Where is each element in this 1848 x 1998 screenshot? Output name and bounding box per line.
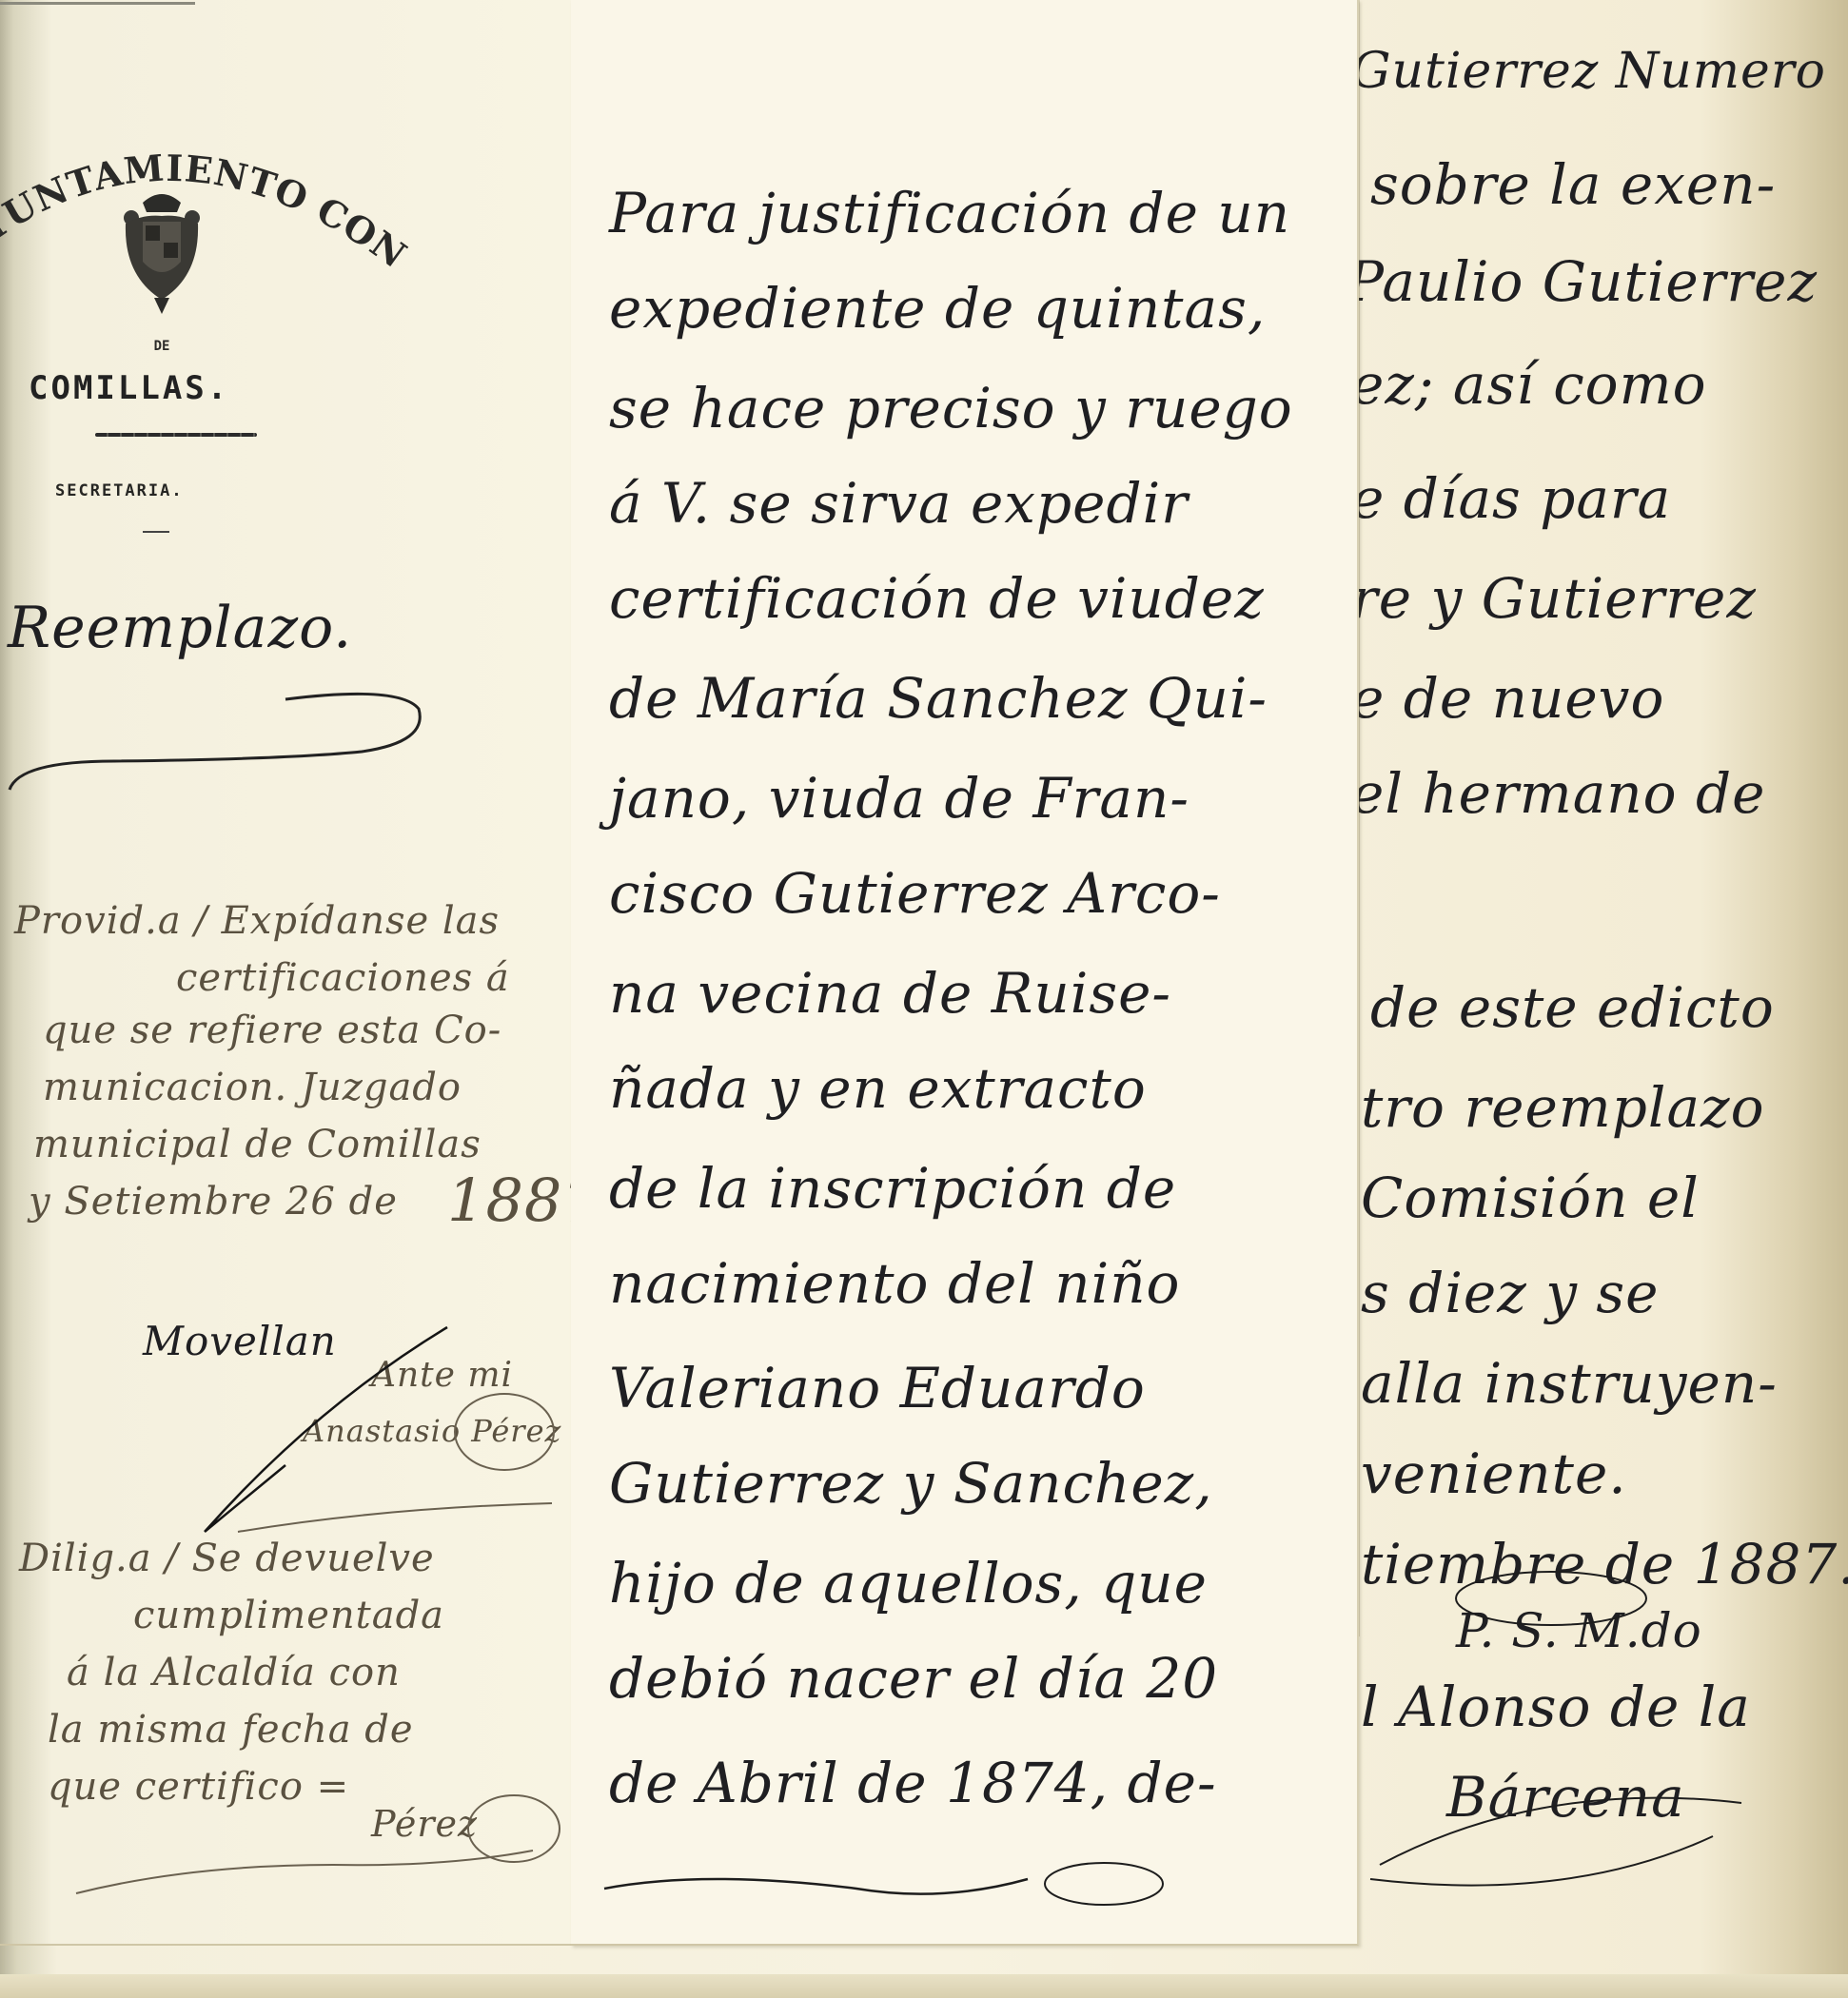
letter-line: nacimiento del niño: [609, 1251, 1180, 1316]
signature-barcena: Bárcena: [1446, 1765, 1685, 1830]
letter-line: hijo de aquellos, que: [609, 1551, 1208, 1616]
provision-line: y Setiembre 26 de: [29, 1180, 398, 1224]
underlying-line: ez; así como: [1351, 352, 1707, 417]
letter-line: Para justificación de un: [609, 181, 1290, 245]
underlying-line: veniente.: [1361, 1441, 1627, 1506]
letterhead-municipality: COMILLAS.: [29, 369, 229, 407]
underlying-line: Gutierrez Numero: [1351, 43, 1826, 100]
underlying-line: e de nuevo: [1351, 666, 1664, 731]
signature-anastasio-perez: Anastasio Pérez: [303, 1413, 561, 1449]
letter-line: ñada y en extracto: [609, 1056, 1147, 1121]
letter-line: jano, viuda de Fran-: [609, 766, 1189, 831]
underlying-line: Comisión el: [1361, 1165, 1700, 1230]
letter-line: de la inscripción de: [609, 1156, 1176, 1221]
signature-perez: Pérez: [371, 1803, 478, 1845]
letterhead-connector: DE: [0, 339, 324, 354]
letter-line: expediente de quintas,: [609, 276, 1266, 341]
letter-line: de María Sanchez Qui-: [609, 666, 1268, 731]
ornamental-rule: [95, 433, 257, 437]
underlying-line: tiembre de 1887.: [1361, 1532, 1848, 1596]
provision-line: municacion. Juzgado: [43, 1066, 462, 1109]
underlying-line: l Alonso de la: [1361, 1675, 1751, 1739]
underlying-line: Paulio Gutierrez: [1347, 249, 1818, 314]
provision-line: certificaciones á: [176, 956, 510, 1000]
ante-mi: Ante mi: [371, 1356, 513, 1395]
letter-line: na vecina de Ruise-: [609, 961, 1171, 1026]
underlying-line: alla instruyen-: [1361, 1351, 1778, 1416]
underlying-line: e días para: [1351, 466, 1671, 531]
letterhead-office: SECRETARIA.: [55, 481, 184, 500]
provision-line: que se refiere esta Co-: [43, 1009, 501, 1052]
letter-line: de Abril de 1874, de-: [609, 1751, 1217, 1815]
letter-line: Gutierrez y Sanchez,: [609, 1451, 1213, 1516]
provision-line: municipal de Comillas: [33, 1123, 482, 1166]
signature-movellan: Movellan: [143, 1318, 337, 1364]
letter-line: Valeriano Eduardo: [609, 1356, 1146, 1420]
top-rule: [0, 2, 195, 5]
underlying-line: s diez y se: [1361, 1261, 1660, 1325]
underlying-line: P. S. M.do: [1456, 1603, 1702, 1658]
underlying-line: sobre la exen-: [1370, 152, 1776, 217]
letter-line: se hace preciso y ruego: [609, 376, 1293, 441]
margin-heading: Reemplazo.: [8, 595, 352, 661]
letter-line: cisco Gutierrez Arco-: [609, 861, 1221, 926]
return-note-line: que certifico =: [48, 1765, 349, 1809]
return-note-line: la misma fecha de: [48, 1708, 414, 1752]
ornamental-tick: [143, 531, 169, 533]
coat-of-arms-icon: [114, 186, 209, 314]
provision-line: Provid.a / Expídanse las: [14, 899, 500, 943]
underlying-line: re y Gutierrez: [1351, 566, 1757, 631]
return-note-line: á la Alcaldía con: [67, 1651, 401, 1694]
underlying-line: el hermano de: [1351, 761, 1765, 826]
underlying-line: tro reemplazo: [1361, 1075, 1765, 1140]
underlying-line: de este edicto: [1370, 975, 1775, 1040]
letter-line: á V. se sirva expedir: [609, 471, 1189, 536]
letter-line: debió nacer el día 20: [609, 1646, 1218, 1711]
letter-line: certificación de viudez: [609, 566, 1265, 631]
return-note-line: Dilig.a / Se devuelve: [19, 1537, 435, 1580]
return-note-line: cumplimentada: [133, 1594, 444, 1637]
